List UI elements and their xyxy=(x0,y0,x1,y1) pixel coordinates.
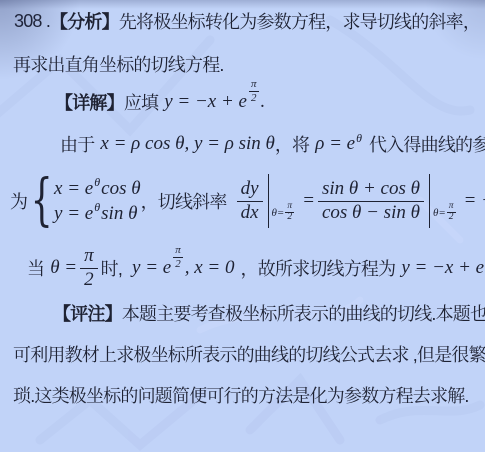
ratio-numerator: sin θ + cos θ xyxy=(318,178,424,202)
evaluation-condition-2: θ= π 2 xyxy=(433,202,456,223)
dy-numerator: dy xyxy=(237,178,263,202)
comment-line-3: 琐.这类极坐标的问题简便可行的方法是化为参数方程去求解. xyxy=(13,382,469,408)
problem-number: 308 . xyxy=(14,11,50,32)
evaluation-bar-2: θ= π 2 xyxy=(429,174,458,228)
sys-x-base: x = e xyxy=(54,178,93,200)
analysis-text-2: 再求出直角坐标的切线方程. xyxy=(13,51,224,77)
substitute-text: ，将 xyxy=(275,131,309,157)
analysis-label: 【分析】 xyxy=(50,8,119,34)
sys-y-exponent: θ xyxy=(94,200,100,215)
system-slope-line: 为 { x = e θ cos θ y = e θ sin θ ， 切线斜率 d… xyxy=(10,167,485,235)
final-answer-base: y = −x + e xyxy=(401,257,484,279)
sys-x-trig: cos θ xyxy=(101,178,140,200)
comment-line-1: 【评注】 本题主要考查极坐标所表示的曲线的切线.本题也 xyxy=(53,300,485,326)
slope-label: 切线斜率 xyxy=(158,188,227,214)
system-equation-y: y = e θ sin θ xyxy=(54,203,141,225)
shi-text: 时, xyxy=(101,255,122,281)
system-brace: { xyxy=(31,176,53,226)
eval-den-2: 2 xyxy=(287,213,292,223)
equals-sign: = xyxy=(302,190,315,212)
y-exponent-fraction: π 2 xyxy=(173,244,183,270)
ratio-denominator: cos θ − sin θ xyxy=(322,202,420,225)
slope-result: = −1 · xyxy=(464,190,485,212)
dx-denominator: dx xyxy=(241,202,259,225)
conclusion-line: 当 θ = π 2 时, y = e π 2 , x = 0 ，故所求切线方程为… xyxy=(27,240,485,296)
detail-label: 【详解】 xyxy=(55,89,124,115)
y-value-base: y = e xyxy=(132,257,171,279)
x-value: , x = 0 xyxy=(185,257,235,279)
answer-equation-base: y = −x + e xyxy=(164,91,247,113)
therefore-text: ，故所求切线方程为 xyxy=(241,255,396,281)
exp-denominator-2: 2 xyxy=(251,92,257,105)
y-exp-den-2: 2 xyxy=(175,258,181,271)
solution-document-page: 308 . 【分析】 先将极坐标转化为参数方程，求导切线的斜率， 再求出直角坐标… xyxy=(0,0,485,452)
eval-den-2-2: 2 xyxy=(449,213,454,223)
theta-num-pi: π xyxy=(80,245,98,269)
answer-period: . xyxy=(261,91,266,113)
evaluation-bar-1: θ= π 2 xyxy=(268,174,297,228)
eval-pi-over-2-b: π 2 xyxy=(447,202,456,223)
sys-y-trig: sin θ xyxy=(101,203,137,225)
rho-exponent-theta: θ xyxy=(356,131,362,146)
sys-y-base: y = e xyxy=(54,203,93,225)
analysis-text-1: 先将极坐标转化为参数方程，求导切线的斜率， xyxy=(119,8,480,34)
comment-line-2: 可利用教材上求极坐标所表示的曲线的切线公式去求 ,但是很繁 xyxy=(13,341,485,367)
analysis-line-1: 308 . 【分析】 先将极坐标转化为参数方程，求导切线的斜率， xyxy=(14,8,480,34)
eval-theta-equals: θ= xyxy=(272,207,285,219)
eval-theta-equals-2: θ= xyxy=(433,207,446,219)
rho-formula-base: ρ = e xyxy=(315,133,355,155)
parametric-system: x = e θ cos θ y = e θ sin θ xyxy=(54,178,141,225)
comment-text-1: 本题主要考查极坐标所表示的曲线的切线.本题也 xyxy=(122,300,485,326)
comma-separator: ， xyxy=(141,188,158,214)
comment-label: 【评注】 xyxy=(53,300,122,326)
theta-pi-over-2: π 2 xyxy=(80,245,98,292)
theta-equals: θ = xyxy=(50,257,77,279)
comment-text-3: 琐.这类极坐标的问题简便可行的方法是化为参数方程去求解. xyxy=(13,382,469,408)
y-exp-num-pi: π xyxy=(173,244,183,258)
wei-text: 为 xyxy=(10,188,27,214)
because-text: 由于 xyxy=(60,131,94,157)
trig-ratio-fraction: sin θ + cos θ cos θ − sin θ xyxy=(318,178,424,225)
eval-pi-over-2: π 2 xyxy=(285,202,294,223)
evaluation-condition-1: θ= π 2 xyxy=(272,202,295,223)
comment-text-2: 可利用教材上求极坐标所表示的曲线的切线公式去求 ,但是很繁 xyxy=(13,341,485,367)
when-text: 当 xyxy=(27,255,44,281)
detail-line: 【详解】 应填 y = −x + e π 2 . xyxy=(55,82,265,122)
exp-numerator-pi: π xyxy=(249,78,259,92)
dy-dx-fraction: dy dx xyxy=(237,178,263,225)
detail-prefix: 应填 xyxy=(124,89,158,115)
theta-den-2: 2 xyxy=(84,269,94,292)
derivation-line-1: 由于 x = ρ cos θ, y = ρ sin θ ，将 ρ = e θ 代… xyxy=(60,131,485,157)
system-equation-x: x = e θ cos θ xyxy=(54,178,141,200)
answer-exponent-fraction: π 2 xyxy=(249,78,259,104)
sys-x-exponent: θ xyxy=(94,175,100,190)
into-text: 代入得曲线的参数方程 xyxy=(369,131,485,157)
polar-coordinates-formula: x = ρ cos θ, y = ρ sin θ xyxy=(100,133,274,155)
analysis-line-2: 再求出直角坐标的切线方程. xyxy=(13,51,224,77)
